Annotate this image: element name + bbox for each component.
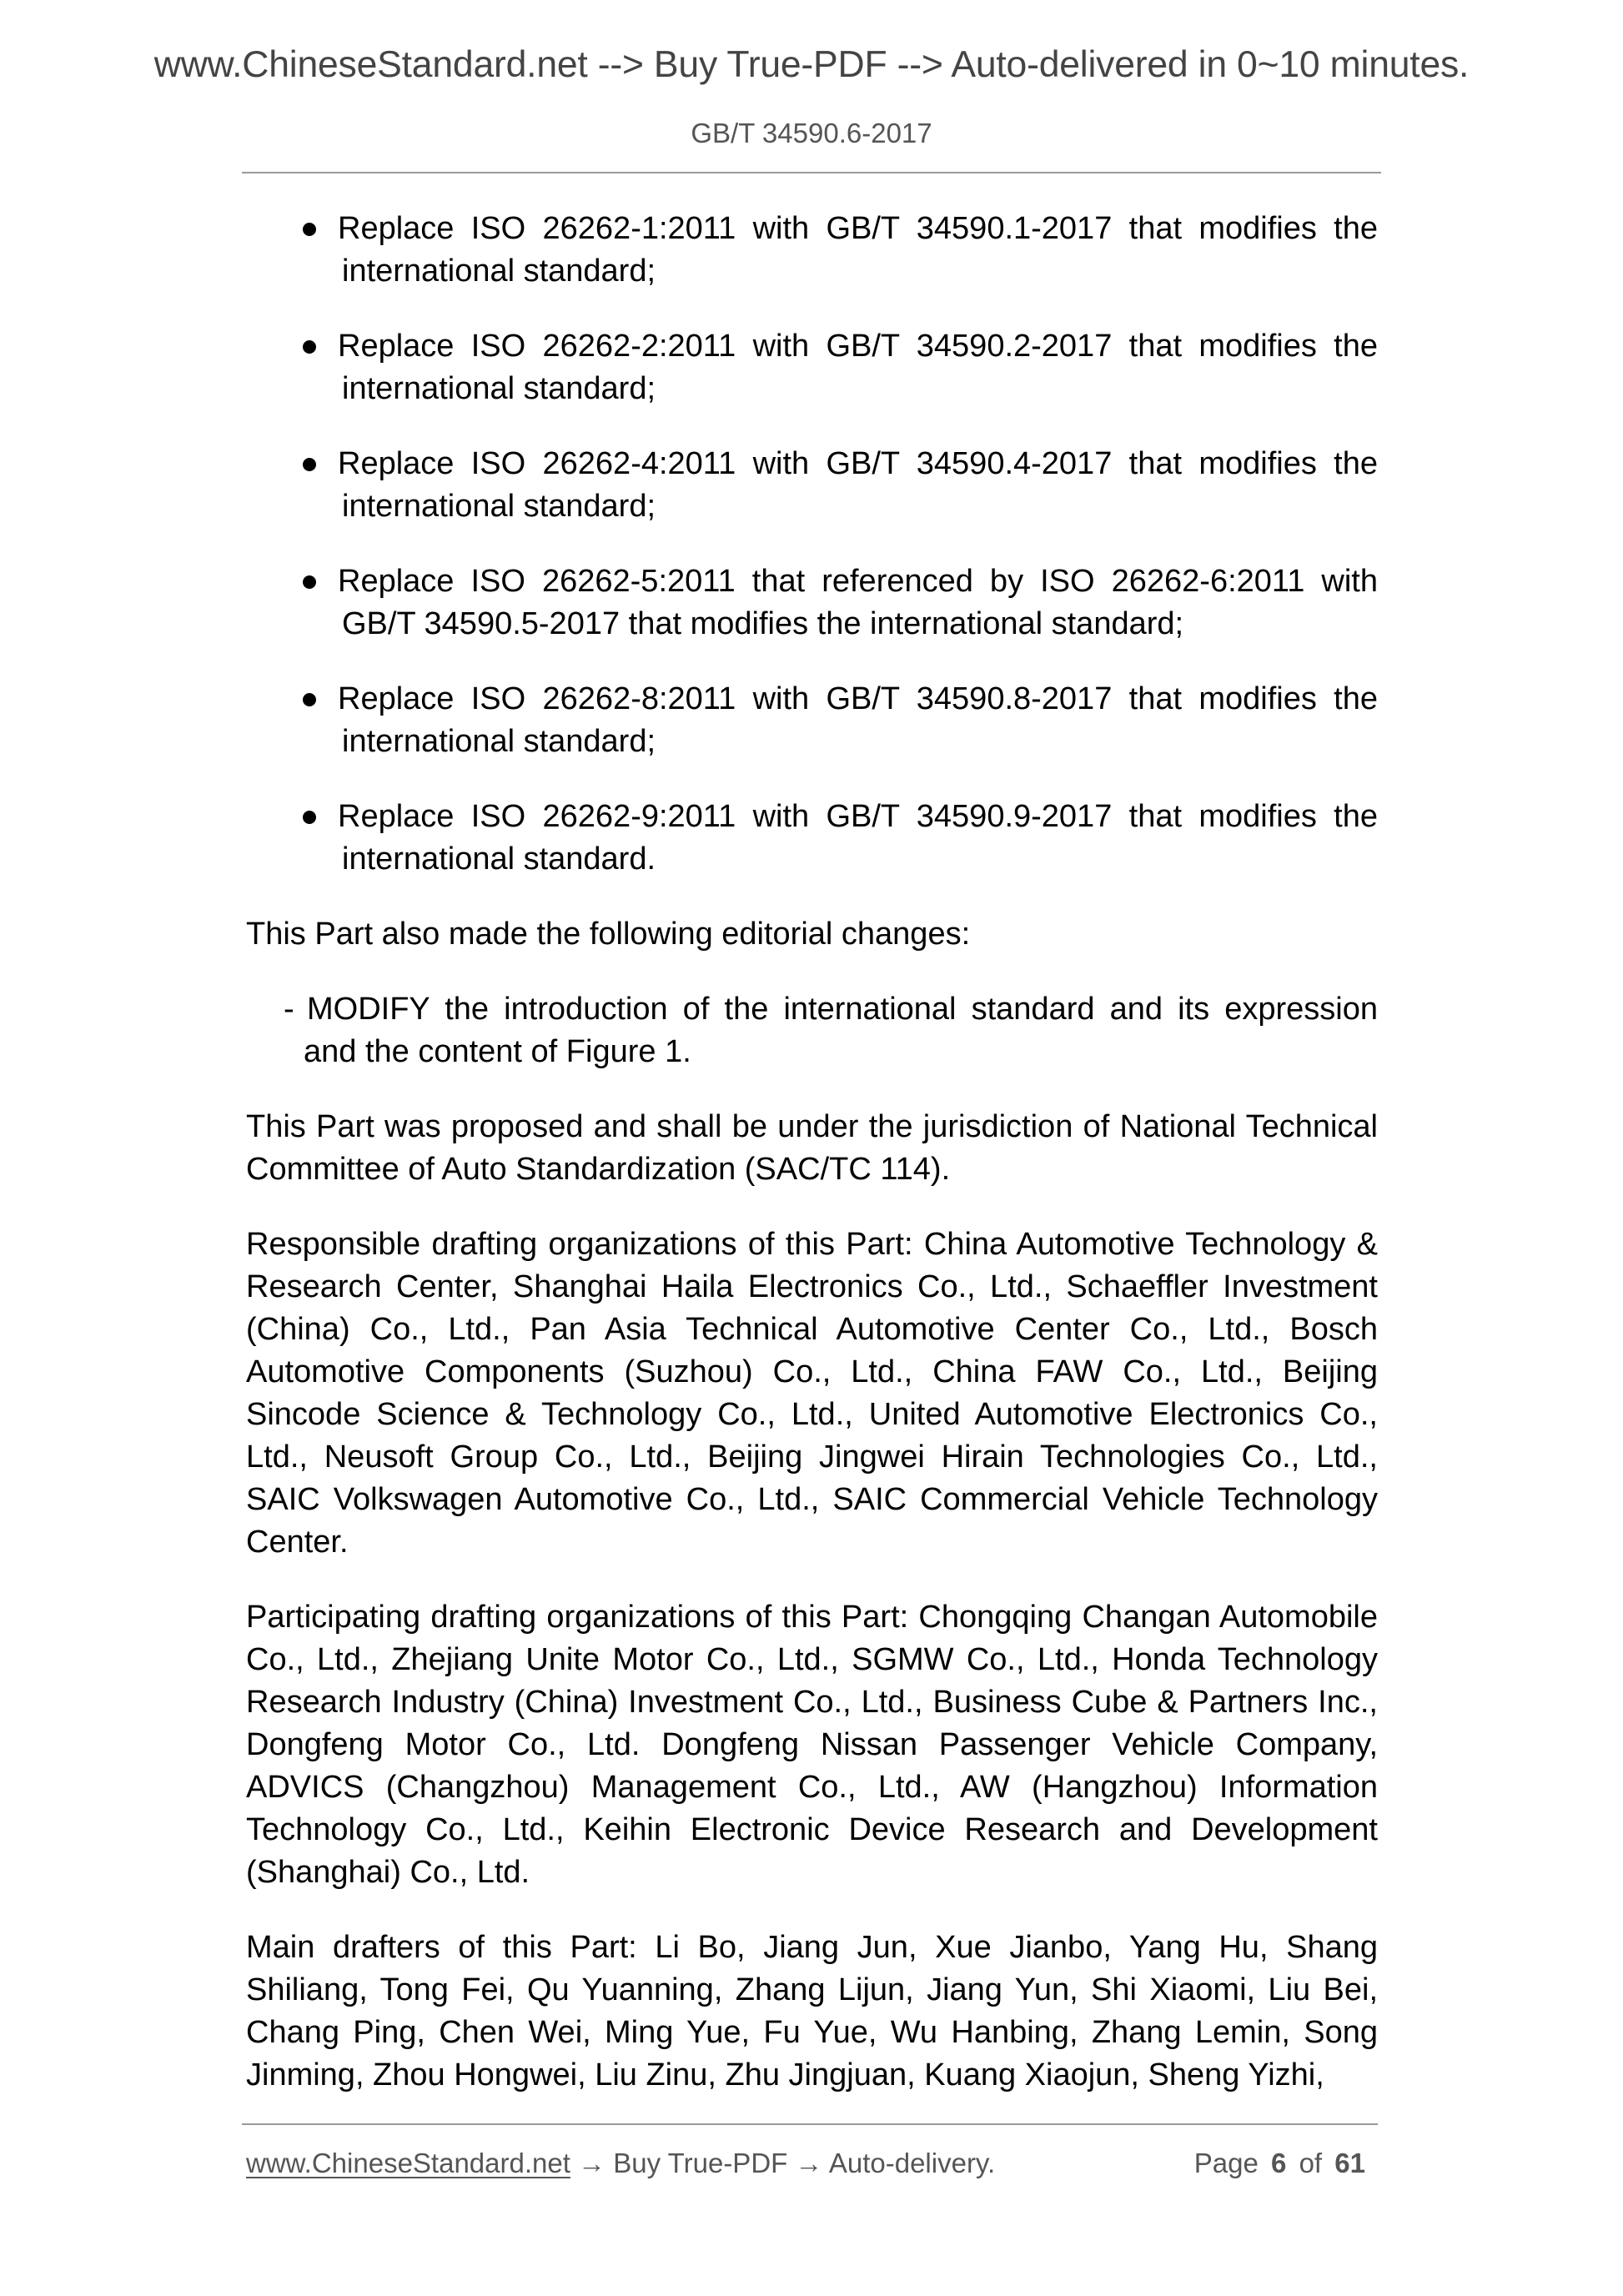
page-footer: www.ChineseStandard.net → Buy True-PDF →… (246, 2146, 1365, 2181)
list-item: Replace ISO 26262-9:2011 with GB/T 34590… (246, 796, 1378, 881)
page-indicator: Page 6 of 61 (1194, 2146, 1365, 2181)
right-arrow-icon: → (578, 2148, 605, 2178)
list-item: Replace ISO 26262-4:2011 with GB/T 34590… (246, 443, 1378, 528)
bullet-icon (303, 458, 316, 471)
dash-marker: - (284, 988, 294, 1031)
bullet-icon (303, 340, 316, 354)
participating-orgs-paragraph: Participating drafting organizations of … (246, 1596, 1378, 1894)
list-item-text: Replace ISO 26262-9:2011 with GB/T 34590… (342, 796, 1378, 881)
right-arrow-icon: → (795, 2148, 822, 2178)
list-item: - MODIFY the introduction of the interna… (246, 988, 1378, 1073)
page-label: Page (1194, 2148, 1259, 2178)
list-item: Replace ISO 26262-8:2011 with GB/T 34590… (246, 678, 1378, 763)
page-total: 61 (1334, 2148, 1365, 2178)
page-of: of (1299, 2148, 1323, 2178)
list-item-text: MODIFY the introduction of the internati… (304, 988, 1378, 1073)
list-item-text: Replace ISO 26262-8:2011 with GB/T 34590… (342, 678, 1378, 763)
bullet-icon (303, 223, 316, 236)
list-item: Replace ISO 26262-1:2011 with GB/T 34590… (246, 208, 1378, 293)
list-item-text: Replace ISO 26262-4:2011 with GB/T 34590… (342, 443, 1378, 528)
list-item: Replace ISO 26262-2:2011 with GB/T 34590… (246, 325, 1378, 410)
site-link[interactable]: www.ChineseStandard.net (246, 2148, 570, 2178)
top-banner: www.ChineseStandard.net --> Buy True-PDF… (0, 43, 1623, 87)
bullet-icon (303, 811, 316, 824)
list-item-text: Replace ISO 26262-2:2011 with GB/T 34590… (342, 325, 1378, 410)
header-divider (242, 172, 1381, 173)
bullet-icon (303, 575, 316, 589)
document-code: GB/T 34590.6-2017 (0, 117, 1623, 150)
editorial-changes-list: - MODIFY the introduction of the interna… (246, 988, 1378, 1073)
main-drafters-paragraph: Main drafters of this Part: Li Bo, Jiang… (246, 1927, 1378, 2097)
replacement-list: Replace ISO 26262-1:2011 with GB/T 34590… (246, 208, 1378, 881)
list-item-text: Replace ISO 26262-1:2011 with GB/T 34590… (342, 208, 1378, 293)
responsible-orgs-paragraph: Responsible drafting organizations of th… (246, 1223, 1378, 1564)
footer-divider (242, 2123, 1378, 2125)
bullet-icon (303, 693, 316, 706)
jurisdiction-paragraph: This Part was proposed and shall be unde… (246, 1106, 1378, 1191)
list-item-text: Replace ISO 26262-5:2011 that referenced… (342, 560, 1378, 646)
editorial-intro: This Part also made the following editor… (246, 913, 1378, 956)
page-content: Replace ISO 26262-1:2011 with GB/T 34590… (246, 208, 1378, 2129)
delivery-text: Auto-delivery. (829, 2148, 995, 2178)
buy-text: Buy True-PDF (613, 2148, 787, 2178)
list-item: Replace ISO 26262-5:2011 that referenced… (246, 560, 1378, 646)
page-current: 6 (1271, 2148, 1286, 2178)
